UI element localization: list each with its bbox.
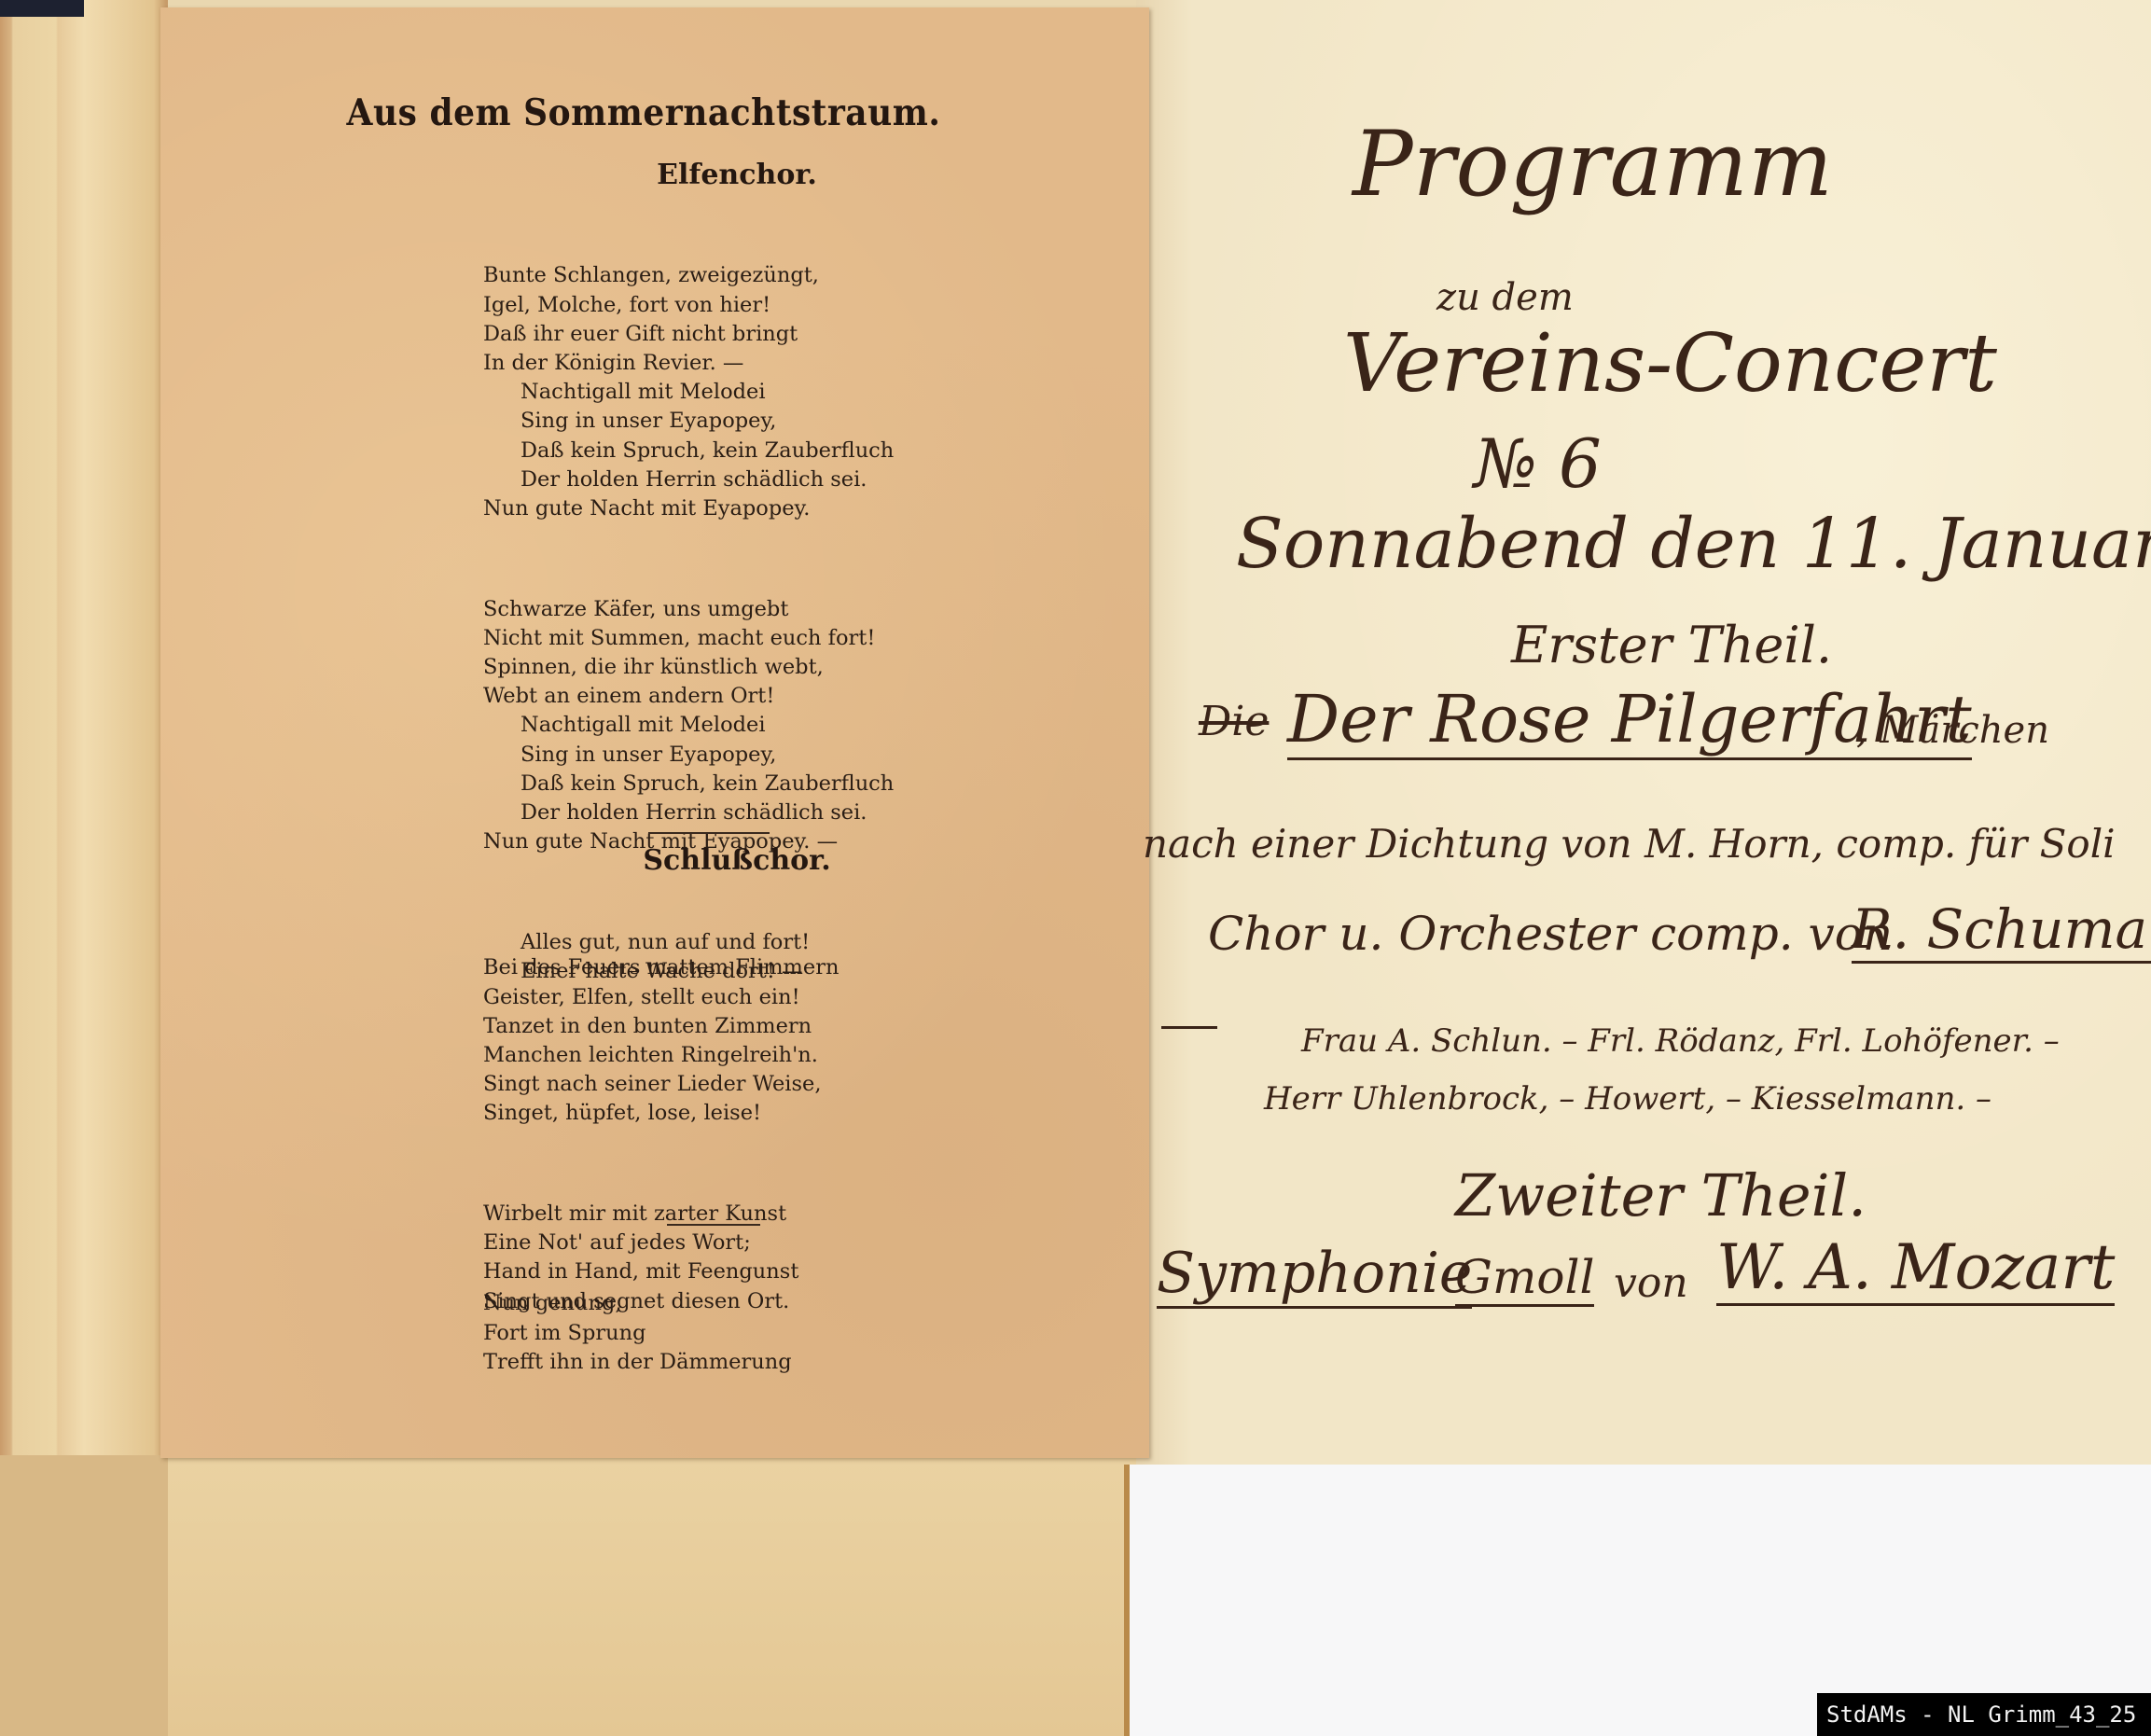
verse-line: Sing in unser Eyapopey, — [483, 741, 894, 770]
hand-composer-mozart: W. A. Mozart — [1716, 1231, 2115, 1306]
hand-erster-theil: Erster Theil. — [1511, 616, 1832, 674]
verse-line: Daß ihr euer Gift nicht bringt — [483, 320, 894, 349]
hand-chor-line: Chor u. Orchester comp. von — [1208, 907, 1893, 961]
verse-line: Trefft ihn in der Dämmerung — [483, 1348, 792, 1377]
underlying-page — [0, 1455, 1138, 1736]
verse-line: Geister, Elfen, stellt euch ein! — [483, 983, 839, 1012]
verse-line: Der holden Herrin schädlich sei. — [483, 799, 894, 827]
verse-block-closing: Nun genung,Fort im SprungTrefft ihn in d… — [483, 1231, 792, 1406]
verse-line: Daß kein Spruch, kein Zauberfluch — [483, 770, 894, 799]
archive-signature-label: StdAMs - NL Grimm_43_25 — [1817, 1693, 2151, 1736]
divider-rule — [648, 832, 770, 834]
hand-symphonie: Symphonie — [1157, 1241, 1472, 1309]
verse-line: Bunte Schlangen, zweigezüngt, — [483, 261, 894, 290]
underlying-page-edge — [0, 1455, 168, 1736]
verse-line: Spinnen, die ihr künstlich webt, — [483, 653, 894, 682]
hand-dichtung-line: nach einer Dichtung von M. Horn, comp. f… — [1143, 821, 2116, 867]
hand-key: Gmoll — [1455, 1250, 1594, 1307]
hand-zweiter-theil: Zweiter Theil. — [1455, 1161, 1867, 1229]
verse-line: Nachtigall mit Melodei — [483, 378, 894, 407]
verse-line: Tanzet in den bunten Zimmern — [483, 1012, 839, 1041]
verse-line: Nun genung, — [483, 1289, 792, 1318]
verse-line: Nicht mit Summen, macht euch fort! — [483, 624, 894, 653]
verse-line: Singt nach seiner Lieder Weise, — [483, 1070, 839, 1099]
hand-vereins-concert: Vereins-Concert — [1343, 317, 1997, 410]
verse-line: Schwarze Käfer, uns umgebt — [483, 595, 894, 624]
verse-line: Fort im Sprung — [483, 1319, 792, 1348]
verse-line: Singet, hüpfet, lose, leise! — [483, 1099, 839, 1128]
hand-programm: Programm — [1353, 112, 1833, 216]
hand-composer-schumann: R. Schumann — [1852, 897, 2151, 964]
hand-number: № 6 — [1474, 424, 1602, 503]
hand-soloists-men: Herr Uhlenbrock, – Howert, – Kiesselmann… — [1264, 1080, 1991, 1118]
hand-dash — [1161, 1026, 1217, 1029]
book-binding — [0, 0, 84, 17]
verse-line: Wirbelt mir mit zarter Kunst — [483, 1200, 839, 1229]
verse-line: Daß kein Spruch, kein Zauberfluch — [483, 437, 894, 465]
hand-maerchen: , Märchen — [1856, 709, 2049, 752]
verse-line: Nun gute Nacht mit Eyapopey. — [483, 494, 894, 523]
page-title: Aus dem Sommernachtstraum. — [308, 91, 979, 134]
verse-line: Nachtigall mit Melodei — [483, 711, 894, 740]
verse-block-elfenchor: Bunte Schlangen, zweigezüngt,Igel, Molch… — [483, 203, 894, 1015]
verse-line: Sing in unser Eyapopey, — [483, 407, 894, 436]
hand-von: von — [1614, 1259, 1688, 1307]
verse-line: Manchen leichten Ringelreih'n. — [483, 1041, 839, 1070]
verse-line: Der holden Herrin schädlich sei. — [483, 465, 894, 494]
verse-line: In der Königin Revier. — — [483, 349, 894, 378]
verse-line: Igel, Molche, fort von hier! — [483, 291, 894, 320]
section-heading-schlusschor: Schlußchor. — [597, 844, 877, 877]
hand-struck-word: Die — [1199, 698, 1269, 745]
verse-line: Webt an einem andern Ort! — [483, 682, 894, 711]
divider-rule — [667, 1224, 760, 1226]
section-heading-elfenchor: Elfenchor. — [588, 159, 886, 191]
hand-zu-dem: zu dem — [1436, 276, 1574, 319]
hand-date: Sonnabend den 11. Januar 1873. — [1236, 504, 2151, 584]
verse-line: Bei des Feuers mattem Flimmern — [483, 953, 839, 982]
hand-soloists-women: Frau A. Schlun. – Frl. Rödanz, Frl. Lohö… — [1301, 1022, 2060, 1060]
